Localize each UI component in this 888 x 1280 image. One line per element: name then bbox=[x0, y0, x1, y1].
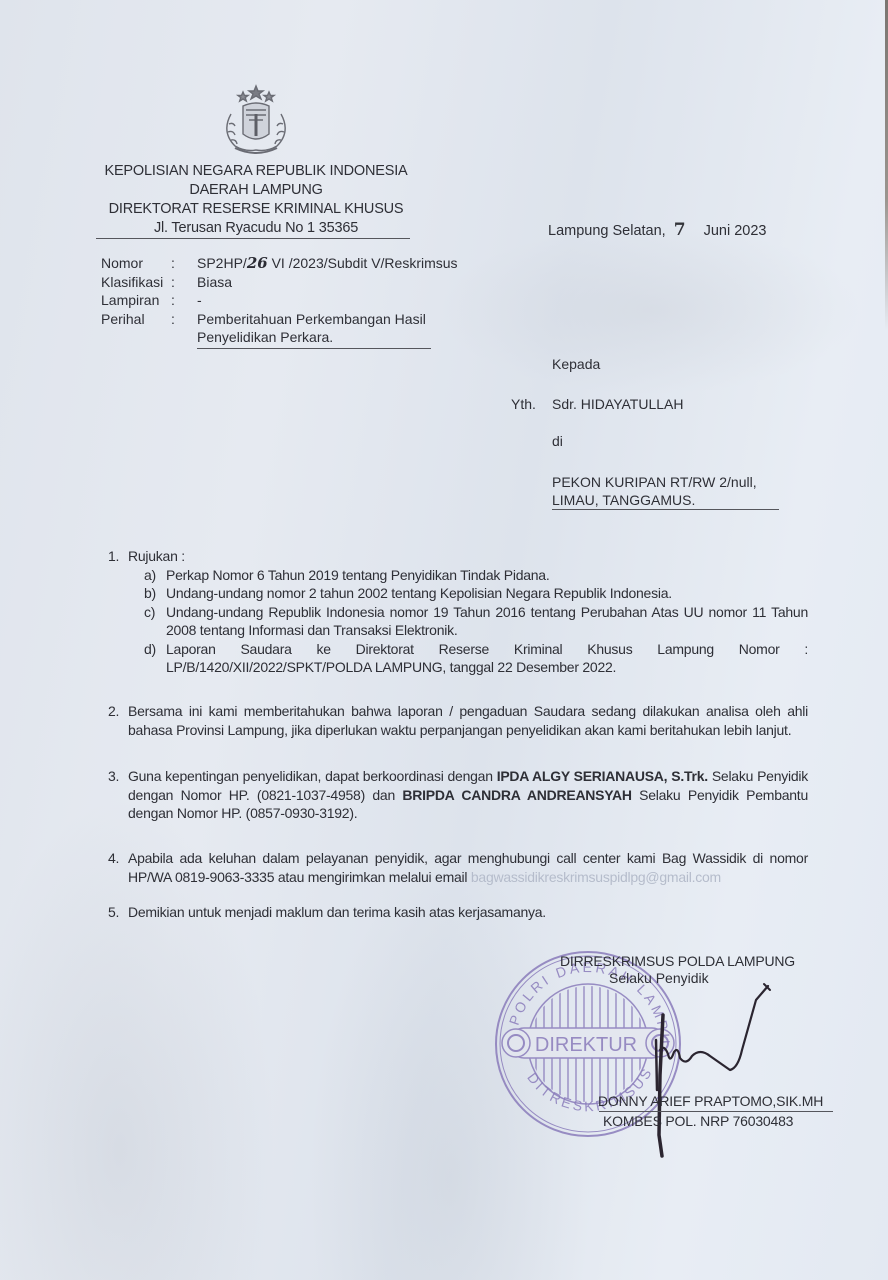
handwritten-number: 26 bbox=[247, 254, 268, 272]
rujukan-title: Rujukan : bbox=[128, 547, 808, 566]
meta-klasifikasi: Klasifikasi : Biasa bbox=[101, 273, 458, 292]
paragraph-5: 5. Demikian untuk menjadi maklum dan ter… bbox=[108, 903, 808, 922]
investigator-name: IPDA ALGY SERIANAUSA, S.Trk. bbox=[497, 768, 708, 784]
letterhead-divider bbox=[96, 238, 410, 239]
yth-label: Yth. bbox=[511, 396, 536, 412]
rujukan-item: a) Perkap Nomor 6 Tahun 2019 tentang Pen… bbox=[144, 566, 808, 585]
letter-date: Lampung Selatan, 7 Juni 2023 bbox=[548, 220, 767, 240]
perihal-underline bbox=[197, 348, 431, 349]
letter-meta: Nomor : SP2HP/26 VI /2023/Subdit V/Reskr… bbox=[101, 254, 458, 347]
paragraph-1: 1. Rujukan : a) Perkap Nomor 6 Tahun 201… bbox=[108, 547, 808, 677]
perihal-line2: Penyelidikan Perkara. bbox=[197, 329, 333, 345]
addressee-address-line2: LIMAU, TANGGAMUS. bbox=[552, 492, 695, 508]
letterhead-address: Jl. Terusan Ryacudu No 1 35365 bbox=[96, 219, 416, 238]
letterhead: KEPOLISIAN NEGARA REPUBLIK INDONESIA DAE… bbox=[96, 162, 416, 238]
paragraph-3: 3. Guna kepentingan penyelidikan, dapat … bbox=[108, 767, 808, 823]
signatory-rank-nrp: KOMBES POL. NRP 76030483 bbox=[603, 1113, 793, 1129]
police-emblem-icon bbox=[213, 84, 299, 160]
handwritten-signature bbox=[560, 960, 780, 1160]
date-place: Lampung Selatan, bbox=[548, 223, 666, 239]
paragraph-2: 2. Bersama ini kami memberitahukan bahwa… bbox=[108, 702, 808, 739]
meta-perihal: Perihal : Pemberitahuan Perkembangan Has… bbox=[101, 310, 458, 347]
di-label: di bbox=[552, 433, 563, 449]
date-month-year: Juni 2023 bbox=[704, 223, 767, 239]
rujukan-item: b) Undang-undang nomor 2 tahun 2002 tent… bbox=[144, 584, 808, 603]
addressee-address-line1: PEKON KURIPAN RT/RW 2/null, bbox=[552, 474, 757, 490]
signatory-underline bbox=[599, 1111, 833, 1112]
meta-nomor: Nomor : SP2HP/26 VI /2023/Subdit V/Reskr… bbox=[101, 254, 458, 273]
meta-lampiran: Lampiran : - bbox=[101, 291, 458, 310]
letterhead-line: DIREKTORAT RESERSE KRIMINAL KHUSUS bbox=[96, 200, 416, 219]
kepada-label: Kepada bbox=[552, 356, 600, 372]
perihal-line1: Pemberitahuan Perkembangan Hasil bbox=[197, 311, 426, 327]
email-link[interactable]: bagwassidikreskrimsuspidlpg@gmail.com bbox=[471, 869, 721, 885]
assistant-investigator-name: BRIPDA CANDRA ANDREANSYAH bbox=[402, 787, 631, 803]
address-underline bbox=[552, 509, 779, 510]
letterhead-line: KEPOLISIAN NEGARA REPUBLIK INDONESIA bbox=[96, 162, 416, 181]
paragraph-4: 4. Apabila ada keluhan dalam pelayanan p… bbox=[108, 849, 808, 886]
addressee-name: Sdr. HIDAYATULLAH bbox=[552, 396, 683, 412]
rujukan-item: c) Undang-undang Republik Indonesia nomo… bbox=[144, 603, 808, 640]
signatory-name: DONNY ARIEF PRAPTOMO,SIK.MH bbox=[598, 1093, 823, 1109]
rujukan-item: d) Laporan Saudara ke Direktorat Reserse… bbox=[144, 640, 808, 677]
letterhead-line: DAERAH LAMPUNG bbox=[96, 181, 416, 200]
date-day-handwritten: 7 bbox=[674, 220, 686, 240]
